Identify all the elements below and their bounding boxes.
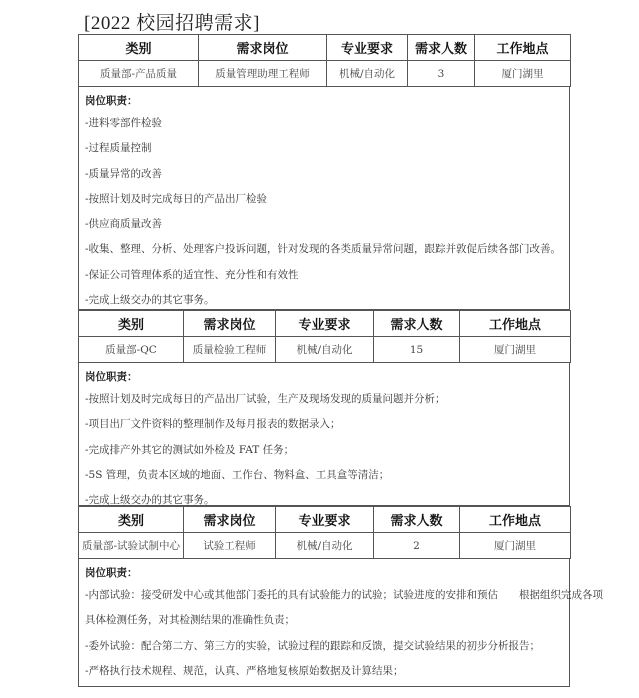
- cell-major: 机械/自动化: [276, 337, 374, 363]
- duty-item: -供应商质量改善: [85, 212, 563, 237]
- duty-item: -按照计划及时完成每日的产品出厂检验: [85, 187, 563, 212]
- duty-item: -内部试验：接受研发中心或其他部门委托的具有试验能力的试验；试验进度的安排和预估…: [85, 583, 563, 608]
- table-row: 质量部-QC 质量检验工程师 机械/自动化 15 厦门湖里: [79, 337, 571, 363]
- cell-headcount: 15: [374, 337, 460, 363]
- duty-item: -质量异常的改善: [85, 162, 563, 187]
- header-category: 类别: [79, 311, 184, 337]
- table-row: 质量部-产品质量 质量管理助理工程师 机械/自动化 3 厦门湖里: [79, 61, 571, 87]
- header-headcount: 需求人数: [374, 311, 460, 337]
- job-section-3: 类别 需求岗位 专业要求 需求人数 工作地点 质量部-试验试制中心 试验工程师 …: [78, 506, 570, 687]
- table-row: 质量部-试验试制中心 试验工程师 机械/自动化 2 厦门湖里: [79, 533, 571, 559]
- duties-heading: 岗位职责：: [85, 91, 563, 111]
- cell-location: 厦门湖里: [475, 61, 571, 87]
- duty-item: -项目出厂文件资料的整理制作及每月报表的数据录入；: [85, 412, 563, 437]
- header-location: 工作地点: [475, 35, 571, 61]
- duties-heading: 岗位职责：: [85, 563, 563, 583]
- duties-block-3: 岗位职责： -内部试验：接受研发中心或其他部门委托的具有试验能力的试验；试验进度…: [78, 559, 570, 687]
- cell-position: 质量管理助理工程师: [199, 61, 327, 87]
- duty-item: -完成排产外其它的测试如外检及 FAT 任务；: [85, 438, 563, 463]
- cell-position: 试验工程师: [184, 533, 276, 559]
- cell-major: 机械/自动化: [327, 61, 408, 87]
- duty-item: -按照计划及时完成每日的产品出厂试验，生产及现场发现的质量问题并分析；: [85, 387, 563, 412]
- header-position: 需求岗位: [199, 35, 327, 61]
- cell-headcount: 2: [374, 533, 460, 559]
- header-headcount: 需求人数: [374, 507, 460, 533]
- cell-category: 质量部-QC: [79, 337, 184, 363]
- header-category: 类别: [79, 35, 199, 61]
- duty-item: -保证公司管理体系的适宜性、充分性和有效性: [85, 263, 563, 288]
- header-location: 工作地点: [460, 507, 571, 533]
- duty-item: -委外试验：配合第二方、第三方的实验，试验过程的跟踪和反馈，提交试验结果的初步分…: [85, 634, 563, 659]
- duties-block-2: 岗位职责： -按照计划及时完成每日的产品出厂试验，生产及现场发现的质量问题并分析…: [78, 363, 570, 506]
- duty-item: -严格执行技术规程、规范，认真、严格地复核原始数据及计算结果；: [85, 659, 563, 684]
- recruitment-document: 类别 需求岗位 专业要求 需求人数 工作地点 质量部-产品质量 质量管理助理工程…: [78, 34, 570, 687]
- header-headcount: 需求人数: [408, 35, 475, 61]
- header-position: 需求岗位: [184, 311, 276, 337]
- cell-position: 质量检验工程师: [184, 337, 276, 363]
- header-major: 专业要求: [276, 507, 374, 533]
- duty-item: -收集、整理、分析、处理客户投诉问题，针对发现的各类质量异常问题，跟踪并敦促后续…: [85, 237, 563, 262]
- job-table-3: 类别 需求岗位 专业要求 需求人数 工作地点 质量部-试验试制中心 试验工程师 …: [78, 506, 571, 559]
- duty-item: 具体检测任务，对其检测结果的准确性负责；: [85, 608, 563, 633]
- job-section-1: 类别 需求岗位 专业要求 需求人数 工作地点 质量部-产品质量 质量管理助理工程…: [78, 34, 570, 310]
- cell-headcount: 3: [408, 61, 475, 87]
- duties-block-1: 岗位职责： -进料零部件检验 -过程质量控制 -质量异常的改善 -按照计划及时完…: [78, 87, 570, 310]
- table-header-row: 类别 需求岗位 专业要求 需求人数 工作地点: [79, 311, 571, 337]
- cell-location: 厦门湖里: [460, 337, 571, 363]
- job-table-1: 类别 需求岗位 专业要求 需求人数 工作地点 质量部-产品质量 质量管理助理工程…: [78, 34, 571, 87]
- header-major: 专业要求: [276, 311, 374, 337]
- duty-item: -5S 管理，负责本区域的地面、工作台、物料盒、工具盒等清洁；: [85, 463, 563, 488]
- cell-location: 厦门湖里: [460, 533, 571, 559]
- cell-category: 质量部-试验试制中心: [79, 533, 184, 559]
- duty-item: -过程质量控制: [85, 136, 563, 161]
- job-table-2: 类别 需求岗位 专业要求 需求人数 工作地点 质量部-QC 质量检验工程师 机械…: [78, 310, 571, 363]
- duty-item: -进料零部件检验: [85, 111, 563, 136]
- cell-category: 质量部-产品质量: [79, 61, 199, 87]
- duties-heading: 岗位职责：: [85, 367, 563, 387]
- document-title: [2022 校园招聘需求]: [84, 8, 260, 35]
- header-major: 专业要求: [327, 35, 408, 61]
- header-location: 工作地点: [460, 311, 571, 337]
- job-section-2: 类别 需求岗位 专业要求 需求人数 工作地点 质量部-QC 质量检验工程师 机械…: [78, 310, 570, 506]
- cell-major: 机械/自动化: [276, 533, 374, 559]
- table-header-row: 类别 需求岗位 专业要求 需求人数 工作地点: [79, 35, 571, 61]
